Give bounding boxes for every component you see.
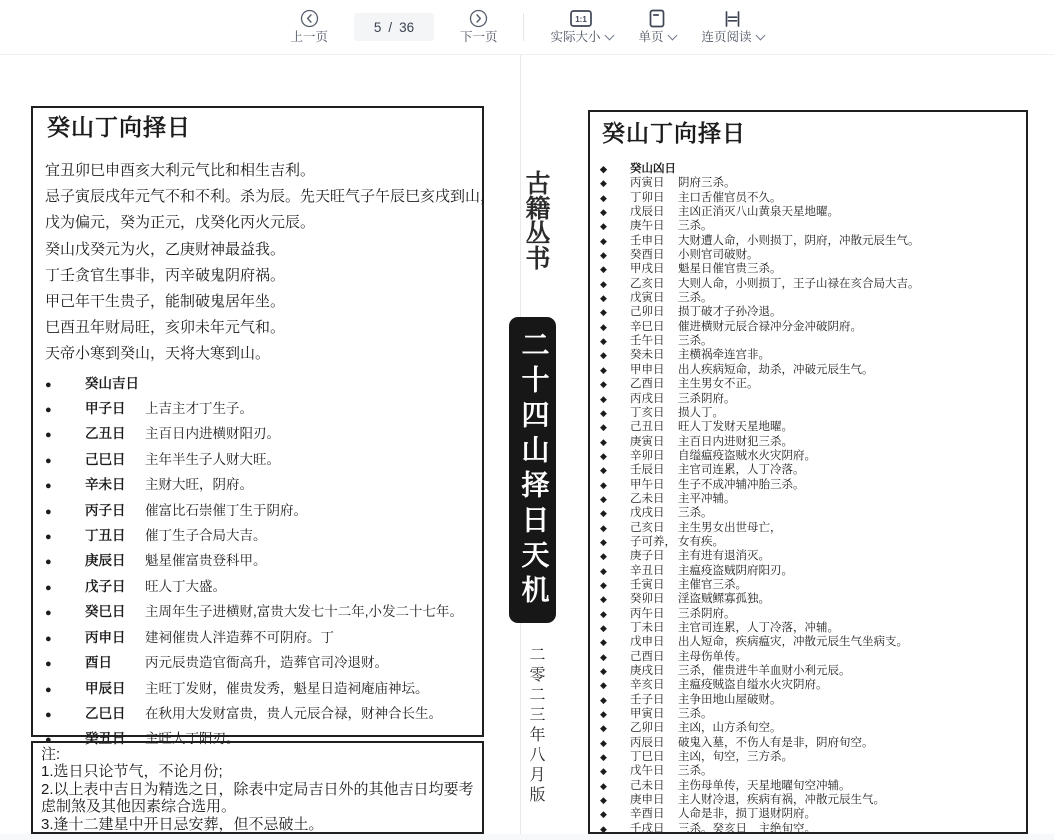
day-name: 酉日	[85, 651, 145, 674]
page-divider: /	[388, 20, 392, 35]
bullet-diamond-icon: ◆	[600, 463, 630, 477]
day-list-item: ◆ 辛酉日 人命是非，损丁退财阴府。	[600, 807, 1026, 821]
bullet-diamond-icon: ◆	[600, 707, 630, 721]
day-description: 魁星日催官贵三杀。	[678, 262, 782, 276]
bullet-diamond-icon: ◆	[600, 320, 630, 334]
day-name: 壬子日	[630, 693, 678, 707]
day-description: 主年半生子人财大旺。	[145, 448, 280, 471]
day-list-item: ◆ 癸酉日 小则官司破财。	[600, 248, 1026, 262]
day-name: 己未日	[630, 779, 678, 793]
day-list-item: ◆ 癸卯日 淫盗贼鳏寡孤独。	[600, 592, 1026, 606]
day-description: 主瘟疫贼盗自缢水火灾阴府。	[678, 678, 828, 692]
day-name: 丁丑日	[85, 524, 145, 547]
book-title: 二十四山择日天机	[513, 330, 553, 610]
day-description: 三杀。	[678, 707, 713, 721]
day-list-item: ◆ 戊戌日 三杀。	[600, 506, 1026, 520]
bullet-diamond-icon: ◆	[600, 793, 630, 807]
day-list-item: ◆ 庚申日 主人财冷退，疾病有祸，冲散元辰生气。	[600, 793, 1026, 807]
scan-bottom-edge	[0, 834, 1054, 840]
right-page-title: 癸山丁向择日	[602, 118, 1026, 148]
bullet-diamond-icon: ◆	[600, 377, 630, 391]
day-name: 丙辰日	[630, 736, 678, 750]
day-name: 戊戌日	[630, 506, 678, 520]
bullet-diamond-icon: ◆	[600, 693, 630, 707]
day-list-item: ◆ 乙未日 主平冲辅。	[600, 492, 1026, 506]
day-description: 主生男女不正。	[678, 377, 759, 391]
page-indicator[interactable]: 5 / 36	[354, 13, 434, 41]
day-name: 戊辰日	[630, 205, 678, 219]
day-list-item: ● 乙巳日 在秋用大发财富贵，贵人元辰合禄，财神合长生。	[45, 702, 478, 727]
bullet-diamond-icon: ◆	[600, 564, 630, 578]
day-description: 生子不成冲辅冲胎三杀。	[678, 478, 805, 492]
left-page-notes: 注:1.选日只论节气，不论月份;2.以上表中吉日为精选之日，除表中定局吉日外的其…	[31, 741, 484, 834]
chevron-right-circle-icon	[469, 10, 488, 28]
day-list-item: ◆ 己亥日 主生男女出世母亡，	[600, 521, 1026, 535]
bullet-diamond-icon: ◆	[600, 721, 630, 735]
day-description: 主官司连累，人丁冷落。	[678, 463, 805, 477]
actual-size-icon: 1:1	[570, 10, 592, 28]
day-name: 己卯日	[630, 305, 678, 319]
day-name: 壬寅日	[630, 578, 678, 592]
day-description: 主官司连累，人丁冷落，冲辅。	[678, 621, 839, 635]
bullet-dot-icon: ●	[45, 628, 85, 651]
day-description: 主生男女出世母亡，	[678, 521, 782, 535]
bullet-dot-icon: ●	[45, 653, 85, 676]
day-name: 癸未日	[630, 348, 678, 362]
day-description: 主百日内进横财阳刃。	[145, 422, 280, 445]
bullet-diamond-icon: ◆	[600, 750, 630, 764]
day-description: 主财大旺，阴府。	[145, 473, 253, 496]
day-list-item: ◆ 壬申日 大财遭人命，小则损丁，阴府，冲散元辰生气。	[600, 234, 1026, 248]
bullet-diamond-icon: ◆	[600, 621, 630, 635]
day-name: 己丑日	[630, 420, 678, 434]
day-name: 辛未日	[85, 473, 145, 496]
bullet-dot-icon: ●	[45, 526, 85, 549]
day-description: 人命是非，损丁退财阴府。	[678, 807, 816, 821]
day-list-item: ◆ 戊午日 三杀。	[600, 764, 1026, 778]
chevron-down-icon	[755, 31, 765, 41]
day-description: 在秋用大发财富贵，贵人元辰合禄，财神合长生。	[145, 702, 442, 725]
day-list-item: ◆ 乙卯日 主凶，山方杀旬空。	[600, 721, 1026, 735]
day-description: 主口舌催官员不久。	[678, 191, 782, 205]
day-name: 丁巳日	[630, 750, 678, 764]
day-list-item: ◆ 戊辰日 主凶正消灭八山黄泉天星地曜。	[600, 205, 1026, 219]
day-list-item: ◆ 丁卯日 主口舌催官员不久。	[600, 191, 1026, 205]
day-list-item: ◆ 庚午日 三杀。	[600, 219, 1026, 233]
day-name: 庚申日	[630, 793, 678, 807]
note-line: 虑制煞及其他因素综合选用。	[41, 798, 474, 815]
prev-page-label: 上一页	[290, 30, 328, 45]
day-list-item: ● 甲辰日 主旺丁发财，催贵发秀，魁星日造祠庵庙神坛。	[45, 677, 478, 702]
day-list-item: ● 甲子日 上吉主才丁生子。	[45, 397, 478, 422]
day-description: 催丁生子合局大吉。	[145, 524, 267, 547]
next-page-button[interactable]: 下一页	[460, 10, 498, 45]
bullet-dot-icon: ●	[45, 374, 85, 397]
note-line: 1.选日只论节气，不论月份;	[41, 763, 474, 780]
day-description: 三杀阴府。	[678, 607, 736, 621]
day-description: 催进横财元辰合禄冲分金冲破阴府。	[678, 320, 862, 334]
bullet-diamond-icon: ◆	[600, 535, 630, 549]
day-description: 破鬼入墓，不伤人有是非，阴府旬空。	[678, 736, 874, 750]
day-list-item: ● 丙子日 催富比石崇催丁生于阴府。	[45, 499, 478, 524]
day-list-item: ◆ 壬寅日 主催官三杀。	[600, 578, 1026, 592]
day-list-item: ● 丙申日 建祠催贵人泮造葬不可阴府。丁	[45, 626, 478, 651]
day-description: 建祠催贵人泮造葬不可阴府。丁	[145, 626, 334, 649]
single-page-icon	[648, 10, 666, 28]
day-list-item: ◆ 壬午日 三杀。	[600, 334, 1026, 348]
bullet-diamond-icon: ◆	[600, 807, 630, 821]
day-description: 阴府三杀。	[678, 176, 736, 190]
continuous-read-label: 连页阅读	[702, 30, 752, 45]
day-list-item: ◆ 甲申日 出人疾病短命，劫杀，冲破元辰生气。	[600, 363, 1026, 377]
day-description: 主人财冷退，疾病有祸，冲散元辰生气。	[678, 793, 885, 807]
bullet-diamond-icon: ◆	[600, 664, 630, 678]
day-description: 女有疾。	[678, 535, 724, 549]
day-name: 己亥日	[630, 521, 678, 535]
bullet-diamond-icon: ◆	[600, 779, 630, 793]
day-list-item: ◆ 壬子日 主争田地山屋破财。	[600, 693, 1026, 707]
day-description: 淫盗贼鳏寡孤独。	[678, 592, 770, 606]
day-description: 旺人丁发财天星地曜。	[678, 420, 793, 434]
day-list-item: ● 戊子日 旺人丁大盛。	[45, 575, 478, 600]
day-name: 辛巳日	[630, 320, 678, 334]
document-scan-area[interactable]: 癸山丁向择日 宜丑卯巳申酉亥大利元气比和相生吉利。忌子寅辰戌年元气不和不利。杀为…	[0, 55, 1054, 840]
day-description: 三杀。	[678, 506, 713, 520]
day-name: 甲申日	[630, 363, 678, 377]
day-name: 甲寅日	[630, 707, 678, 721]
right-page-day-list: ◆ 癸山凶日 ◆ 丙寅日 阴府三杀。 ◆ 丁卯日 主口舌催官员不久。 ◆ 戊辰日	[600, 162, 1026, 836]
chevron-down-icon	[604, 31, 614, 41]
day-list-item: ● 乙丑日 主百日内进横财阳刃。	[45, 422, 478, 447]
continuous-read-icon	[722, 10, 743, 28]
day-list-item: ◆ 丁亥日 损人丁。	[600, 406, 1026, 420]
day-description: 主伤母单传，天星地曜旬空冲辅。	[678, 779, 851, 793]
day-list-item: ◆ 甲寅日 三杀。	[600, 707, 1026, 721]
paragraph-line: 甲己年干生贵子，能制破鬼居年坐。	[45, 289, 478, 315]
actual-size-button[interactable]: 1:1 实际大小	[550, 10, 612, 45]
bullet-diamond-icon: ◆	[600, 435, 630, 449]
day-list-item: ◆ 壬辰日 主官司连累，人丁冷落。	[600, 463, 1026, 477]
day-description: 三杀阴府。	[678, 392, 736, 406]
day-name: 戊子日	[85, 575, 145, 598]
day-list-item: ◆ 辛丑日 主瘟疫盗贼阴府阳刃。	[600, 564, 1026, 578]
day-description: 主周年生子进横财,富贵大发七十二年,小发二十七年。	[145, 600, 463, 623]
day-list-item: ◆ 丙午日 三杀阴府。	[600, 607, 1026, 621]
day-name: 甲午日	[630, 478, 678, 492]
bullet-diamond-icon: ◆	[600, 607, 630, 621]
note-line: 注:	[41, 746, 474, 763]
day-description: 主百日内进财犯三杀。	[678, 435, 793, 449]
day-list-item: ◆ 辛亥日 主瘟疫贼盗自缢水火灾阴府。	[600, 678, 1026, 692]
day-description: 魁星催富贵登科甲。	[145, 549, 267, 572]
actual-size-label: 实际大小	[550, 30, 600, 45]
note-line: 3.逢十二建星中开日忌安葬，但不忌破土。	[41, 816, 474, 833]
day-name: 戊午日	[630, 764, 678, 778]
day-description: 主凶，山方杀旬空。	[678, 721, 782, 735]
day-description: 三杀。	[678, 291, 713, 305]
day-list-item: ◆ 丙戌日 三杀阴府。	[600, 392, 1026, 406]
day-name: 壬申日	[630, 234, 678, 248]
paragraph-line: 天帝小寒到癸山，天将大寒到山。	[45, 341, 478, 367]
day-description: 三杀。	[678, 764, 713, 778]
day-name: 辛卯日	[630, 449, 678, 463]
day-list-item: ◆ 戊寅日 三杀。	[600, 291, 1026, 305]
bullet-diamond-icon: ◆	[600, 521, 630, 535]
day-list-item: ◆ 甲午日 生子不成冲辅冲胎三杀。	[600, 478, 1026, 492]
spine-title-box: 二十四山择日天机	[509, 317, 556, 623]
day-description: 损人丁。	[678, 406, 724, 420]
day-name: 庚午日	[630, 219, 678, 233]
day-description: 主凶正消灭八山黄泉天星地曜。	[678, 205, 839, 219]
bullet-diamond-icon: ◆	[600, 234, 630, 248]
day-list-item: ◆ 丙寅日 阴府三杀。	[600, 176, 1026, 190]
day-name: 癸卯日	[630, 592, 678, 606]
day-name: 甲子日	[85, 397, 145, 420]
bullet-dot-icon: ●	[45, 602, 85, 625]
bullet-diamond-icon: ◆	[600, 635, 630, 649]
bullet-diamond-icon: ◆	[600, 191, 630, 205]
day-description: 出人短命，疾病瘟灾，冲散元辰生气坐病支。	[678, 635, 908, 649]
day-list-item: ◆ 甲戌日 魁星日催官贵三杀。	[600, 262, 1026, 276]
day-list-item: ◆ 戊申日 出人短命，疾病瘟灾，冲散元辰生气坐病支。	[600, 635, 1026, 649]
single-page-label: 单页	[639, 30, 664, 45]
day-list-item: ◆ 丁巳日 主凶，旬空，三方杀。	[600, 750, 1026, 764]
bullet-dot-icon: ●	[45, 501, 85, 524]
day-description: 小则官司破财。	[678, 248, 759, 262]
bullet-dot-icon: ●	[45, 399, 85, 422]
day-description: 主瘟疫盗贼阴府阳刃。	[678, 564, 793, 578]
paragraph-line: 巳酉丑年财局旺，亥卯未年元气和。	[45, 315, 478, 341]
svg-text:1:1: 1:1	[576, 15, 588, 24]
continuous-read-button[interactable]: 连页阅读	[702, 10, 764, 45]
day-description: 三杀。	[678, 334, 713, 348]
bullet-diamond-icon: ◆	[600, 478, 630, 492]
day-name: 辛丑日	[630, 564, 678, 578]
bullet-diamond-icon: ◆	[600, 277, 630, 291]
bullet-diamond-icon: ◆	[600, 592, 630, 606]
bullet-diamond-icon: ◆	[600, 549, 630, 563]
bullet-diamond-icon: ◆	[600, 305, 630, 319]
day-list-item: ● 癸巳日 主周年生子进横财,富贵大发七十二年,小发二十七年。	[45, 600, 478, 625]
day-list-item: ◆ 己酉日 主母伤单传。	[600, 650, 1026, 664]
day-description: 主有进有退消灭。	[678, 549, 770, 563]
day-name: 丁亥日	[630, 406, 678, 420]
day-list-item: ● 庚辰日 魁星催富贵登科甲。	[45, 549, 478, 574]
day-list-item: ◆ 癸山凶日	[600, 162, 1026, 176]
bullet-diamond-icon: ◆	[600, 176, 630, 190]
day-description: 三杀，催贵进牛羊血财小利元辰。	[678, 664, 851, 678]
day-name: 己酉日	[630, 650, 678, 664]
day-name: 子可养，	[630, 535, 678, 549]
bullet-dot-icon: ●	[45, 450, 85, 473]
bullet-diamond-icon: ◆	[600, 248, 630, 262]
day-name: 庚戌日	[630, 664, 678, 678]
day-list-item: ◆ 丁未日 主官司连累，人丁冷落，冲辅。	[600, 621, 1026, 635]
day-name: 丙申日	[85, 626, 145, 649]
day-list-item: ◆ 庚寅日 主百日内进财犯三杀。	[600, 435, 1026, 449]
day-description: 主平冲辅。	[678, 492, 736, 506]
day-name: 癸山凶日	[630, 162, 678, 176]
day-name: 丙寅日	[630, 176, 678, 190]
toolbar: 上一页 5 / 36 下一页 1:1 实际大小 单页	[0, 0, 1054, 55]
day-description: 主母伤单传。	[678, 650, 747, 664]
chevron-down-icon	[667, 31, 677, 41]
bullet-dot-icon: ●	[45, 704, 85, 727]
day-name: 壬辰日	[630, 463, 678, 477]
day-list-item: ◆ 己卯日 损丁破才子孙冷退。	[600, 305, 1026, 319]
bullet-diamond-icon: ◆	[600, 736, 630, 750]
day-name: 丁未日	[630, 621, 678, 635]
spine-series-title: 古籍丛书	[517, 170, 553, 270]
day-name: 庚辰日	[85, 549, 145, 572]
bullet-diamond-icon: ◆	[600, 392, 630, 406]
bullet-diamond-icon: ◆	[600, 219, 630, 233]
day-name: 丁卯日	[630, 191, 678, 205]
day-name: 辛亥日	[630, 678, 678, 692]
bullet-diamond-icon: ◆	[600, 205, 630, 219]
bullet-diamond-icon: ◆	[600, 764, 630, 778]
day-description: 损丁破才子孙冷退。	[678, 305, 782, 319]
day-name: 己巳日	[85, 448, 145, 471]
day-name: 丙子日	[85, 499, 145, 522]
day-name: 乙巳日	[85, 702, 145, 725]
day-description: 主凶，旬空，三方杀。	[678, 750, 793, 764]
next-page-label: 下一页	[460, 30, 498, 45]
day-list-item: ◆ 庚戌日 三杀，催贵进牛羊血财小利元辰。	[600, 664, 1026, 678]
day-description: 主旺丁发财，催贵发秀，魁星日造祠庵庙神坛。	[145, 677, 429, 700]
day-name: 戊申日	[630, 635, 678, 649]
day-name: 庚寅日	[630, 435, 678, 449]
day-name: 乙丑日	[85, 422, 145, 445]
day-description: 主催官三杀。	[678, 578, 747, 592]
day-description: 大则人命，小则损丁，王子山禄在亥合局大吉。	[678, 277, 920, 291]
day-name: 戊寅日	[630, 291, 678, 305]
day-list-item: ● 辛未日 主财大旺，阴府。	[45, 473, 478, 498]
day-list-item: ◆ 庚子日 主有进有退消灭。	[600, 549, 1026, 563]
bullet-diamond-icon: ◆	[600, 506, 630, 520]
day-name: 癸酉日	[630, 248, 678, 262]
bullet-diamond-icon: ◆	[600, 492, 630, 506]
bullet-diamond-icon: ◆	[600, 291, 630, 305]
day-list-item: ◆ 辛卯日 自缢瘟疫盗贼水火灾阴府。	[600, 449, 1026, 463]
day-name: 庚子日	[630, 549, 678, 563]
day-description: 大财遭人命，小则损丁，阴府，冲散元辰生气。	[678, 234, 920, 248]
day-description: 旺人丁大盛。	[145, 575, 226, 598]
note-line: 2.以上表中吉日为精选之日，除表中定局吉日外的其他吉日均要考	[41, 781, 474, 798]
day-name: 丙戌日	[630, 392, 678, 406]
spine-edition: 二零二三年八月版	[524, 646, 547, 806]
chevron-left-circle-icon	[300, 10, 319, 28]
day-name: 壬午日	[630, 334, 678, 348]
left-page: 癸山丁向择日 宜丑卯巳申酉亥大利元气比和相生吉利。忌子寅辰戌年元气不和不利。杀为…	[31, 106, 484, 737]
paragraph-line: 丁壬贪官生事非，丙辛破鬼阴府祸。	[45, 263, 478, 289]
left-page-day-list: ● 癸山吉日 ● 甲子日 上吉主才丁生子。 ● 乙丑日 主百日内进横财阳刃。 ●…	[45, 372, 478, 753]
paragraph-line: 戊为偏元，癸为正元，戊癸化丙火元辰。	[45, 210, 478, 236]
toolbar-divider	[523, 13, 524, 41]
prev-page-button[interactable]: 上一页	[290, 10, 328, 45]
day-list-item: ◆ 癸未日 主横祸牵连宫非。	[600, 348, 1026, 362]
bullet-diamond-icon: ◆	[600, 334, 630, 348]
day-list-item: ◆ 辛巳日 催进横财元辰合禄冲分金冲破阴府。	[600, 320, 1026, 334]
bullet-diamond-icon: ◆	[600, 650, 630, 664]
day-description: 出人疾病短命，劫杀，冲破元辰生气。	[678, 363, 874, 377]
page-total: 36	[399, 20, 414, 35]
paragraph-line: 忌子寅辰戌年元气不和不利。杀为辰。先天旺气子午辰巳亥戌到山，	[45, 184, 478, 210]
day-name: 乙卯日	[630, 721, 678, 735]
day-description: 自缢瘟疫盗贼水火灾阴府。	[678, 449, 816, 463]
day-list-item: ● 己巳日 主年半生子人财大旺。	[45, 448, 478, 473]
bullet-diamond-icon: ◆	[600, 578, 630, 592]
bullet-dot-icon: ●	[45, 679, 85, 702]
day-description: 主争田地山屋破财。	[678, 693, 782, 707]
left-page-title: 癸山丁向择日	[47, 112, 478, 142]
bullet-diamond-icon: ◆	[600, 678, 630, 692]
single-page-button[interactable]: 单页	[639, 10, 676, 45]
day-description: 三杀。	[678, 219, 713, 233]
day-list-item: ◆ 乙亥日 大则人命，小则损丁，王子山禄在亥合局大吉。	[600, 277, 1026, 291]
bullet-dot-icon: ●	[45, 551, 85, 574]
day-list-item: ● 酉日 丙元辰贵造官衙高升，造葬官司冷退财。	[45, 651, 478, 676]
day-list-item: ◆ 己丑日 旺人丁发财天星地曜。	[600, 420, 1026, 434]
bullet-diamond-icon: ◆	[600, 420, 630, 434]
bullet-diamond-icon: ◆	[600, 262, 630, 276]
day-description: 丙元辰贵造官衙高升，造葬官司冷退财。	[145, 651, 388, 674]
paragraph-line: 宜丑卯巳申酉亥大利元气比和相生吉利。	[45, 158, 478, 184]
day-name: 乙未日	[630, 492, 678, 506]
day-list-item: ◆ 己未日 主伤母单传，天星地曜旬空冲辅。	[600, 779, 1026, 793]
bullet-dot-icon: ●	[45, 475, 85, 498]
day-name: 辛酉日	[630, 807, 678, 821]
left-page-paragraphs: 宜丑卯巳申酉亥大利元气比和相生吉利。忌子寅辰戌年元气不和不利。杀为辰。先天旺气子…	[45, 158, 478, 368]
day-name: 癸巳日	[85, 600, 145, 623]
day-name: 甲辰日	[85, 677, 145, 700]
day-name: 甲戌日	[630, 262, 678, 276]
day-list-item: ◆ 乙酉日 主生男女不正。	[600, 377, 1026, 391]
bullet-diamond-icon: ◆	[600, 449, 630, 463]
day-description: 主横祸牵连宫非。	[678, 348, 770, 362]
bullet-diamond-icon: ◆	[600, 162, 630, 176]
day-name: 丙午日	[630, 607, 678, 621]
right-page: 癸山丁向择日 ◆ 癸山凶日 ◆ 丙寅日 阴府三杀。 ◆ 丁卯日 主口舌催官员不久…	[588, 110, 1028, 834]
day-list-item: ◆ 子可养， 女有疾。	[600, 535, 1026, 549]
page-current: 5	[374, 20, 382, 35]
day-description: 上吉主才丁生子。	[145, 397, 253, 420]
day-description: 催富比石崇催丁生于阴府。	[145, 499, 307, 522]
day-name: 乙酉日	[630, 377, 678, 391]
day-list-item: ◆ 丙辰日 破鬼入墓，不伤人有是非，阴府旬空。	[600, 736, 1026, 750]
day-list-item: ● 丁丑日 催丁生子合局大吉。	[45, 524, 478, 549]
bullet-diamond-icon: ◆	[600, 348, 630, 362]
bullet-diamond-icon: ◆	[600, 363, 630, 377]
day-name: 乙亥日	[630, 277, 678, 291]
paragraph-line: 癸山戊癸元为火，乙庚财神最益我。	[45, 237, 478, 263]
bullet-dot-icon: ●	[45, 424, 85, 447]
day-name: 癸山吉日	[85, 372, 145, 395]
day-list-item: ● 癸山吉日	[45, 372, 478, 397]
bullet-diamond-icon: ◆	[600, 406, 630, 420]
bullet-dot-icon: ●	[45, 577, 85, 600]
